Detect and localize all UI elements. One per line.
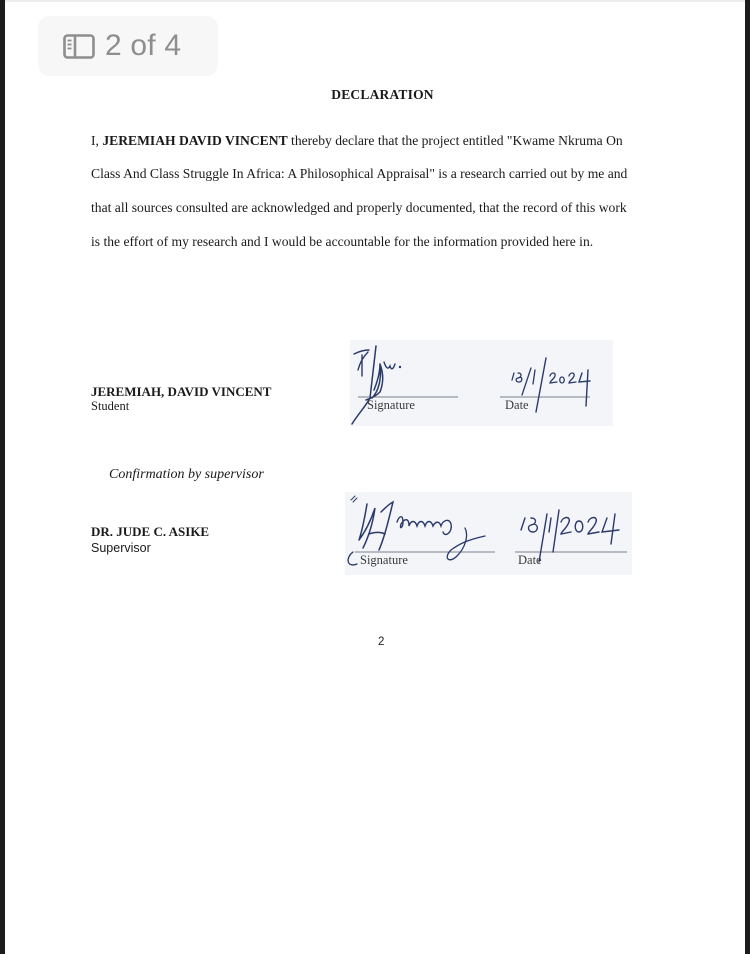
- page-indicator-button[interactable]: 2 of 4: [38, 16, 218, 76]
- student-signature-label: Signature: [367, 398, 415, 413]
- sidebar-panel-icon: [63, 34, 95, 59]
- page-number: 2: [378, 636, 384, 648]
- student-role: Student: [91, 399, 129, 414]
- document-title: DECLARATION: [0, 87, 750, 103]
- page-indicator-text: 2 of 4: [105, 31, 181, 61]
- student-date-label: Date: [505, 398, 529, 413]
- declaration-line-3: that all sources consulted are acknowled…: [91, 200, 627, 216]
- declaration-prefix: I,: [91, 133, 102, 148]
- top-divider: [5, 0, 745, 2]
- supervisor-date-label: Date: [518, 553, 542, 568]
- supervisor-signature-label: Signature: [360, 553, 408, 568]
- student-signature-drawing: [350, 340, 613, 426]
- supervisor-role: Supervisor: [91, 541, 151, 555]
- left-edge: [0, 0, 5, 954]
- student-signature-area: Signature Date: [350, 340, 613, 426]
- right-edge: [745, 0, 750, 954]
- declarant-name: JEREMIAH DAVID VINCENT: [102, 133, 287, 148]
- declaration-line-4: is the effort of my research and I would…: [91, 234, 593, 250]
- student-name: JEREMIAH, DAVID VINCENT: [91, 384, 271, 400]
- confirmation-label: Confirmation by supervisor: [109, 467, 264, 483]
- declaration-line-1: I, JEREMIAH DAVID VINCENT thereby declar…: [91, 133, 623, 149]
- supervisor-signature-area: Signature Date: [345, 492, 632, 575]
- pdf-viewer: 2 of 4 DECLARATION I, JEREMIAH DAVID VIN…: [0, 0, 750, 954]
- declaration-line-2: Class And Class Struggle In Africa: A Ph…: [91, 166, 627, 182]
- declaration-line-1-rest: thereby declare that the project entitle…: [288, 133, 623, 148]
- supervisor-name: DR. JUDE C. ASIKE: [91, 524, 209, 540]
